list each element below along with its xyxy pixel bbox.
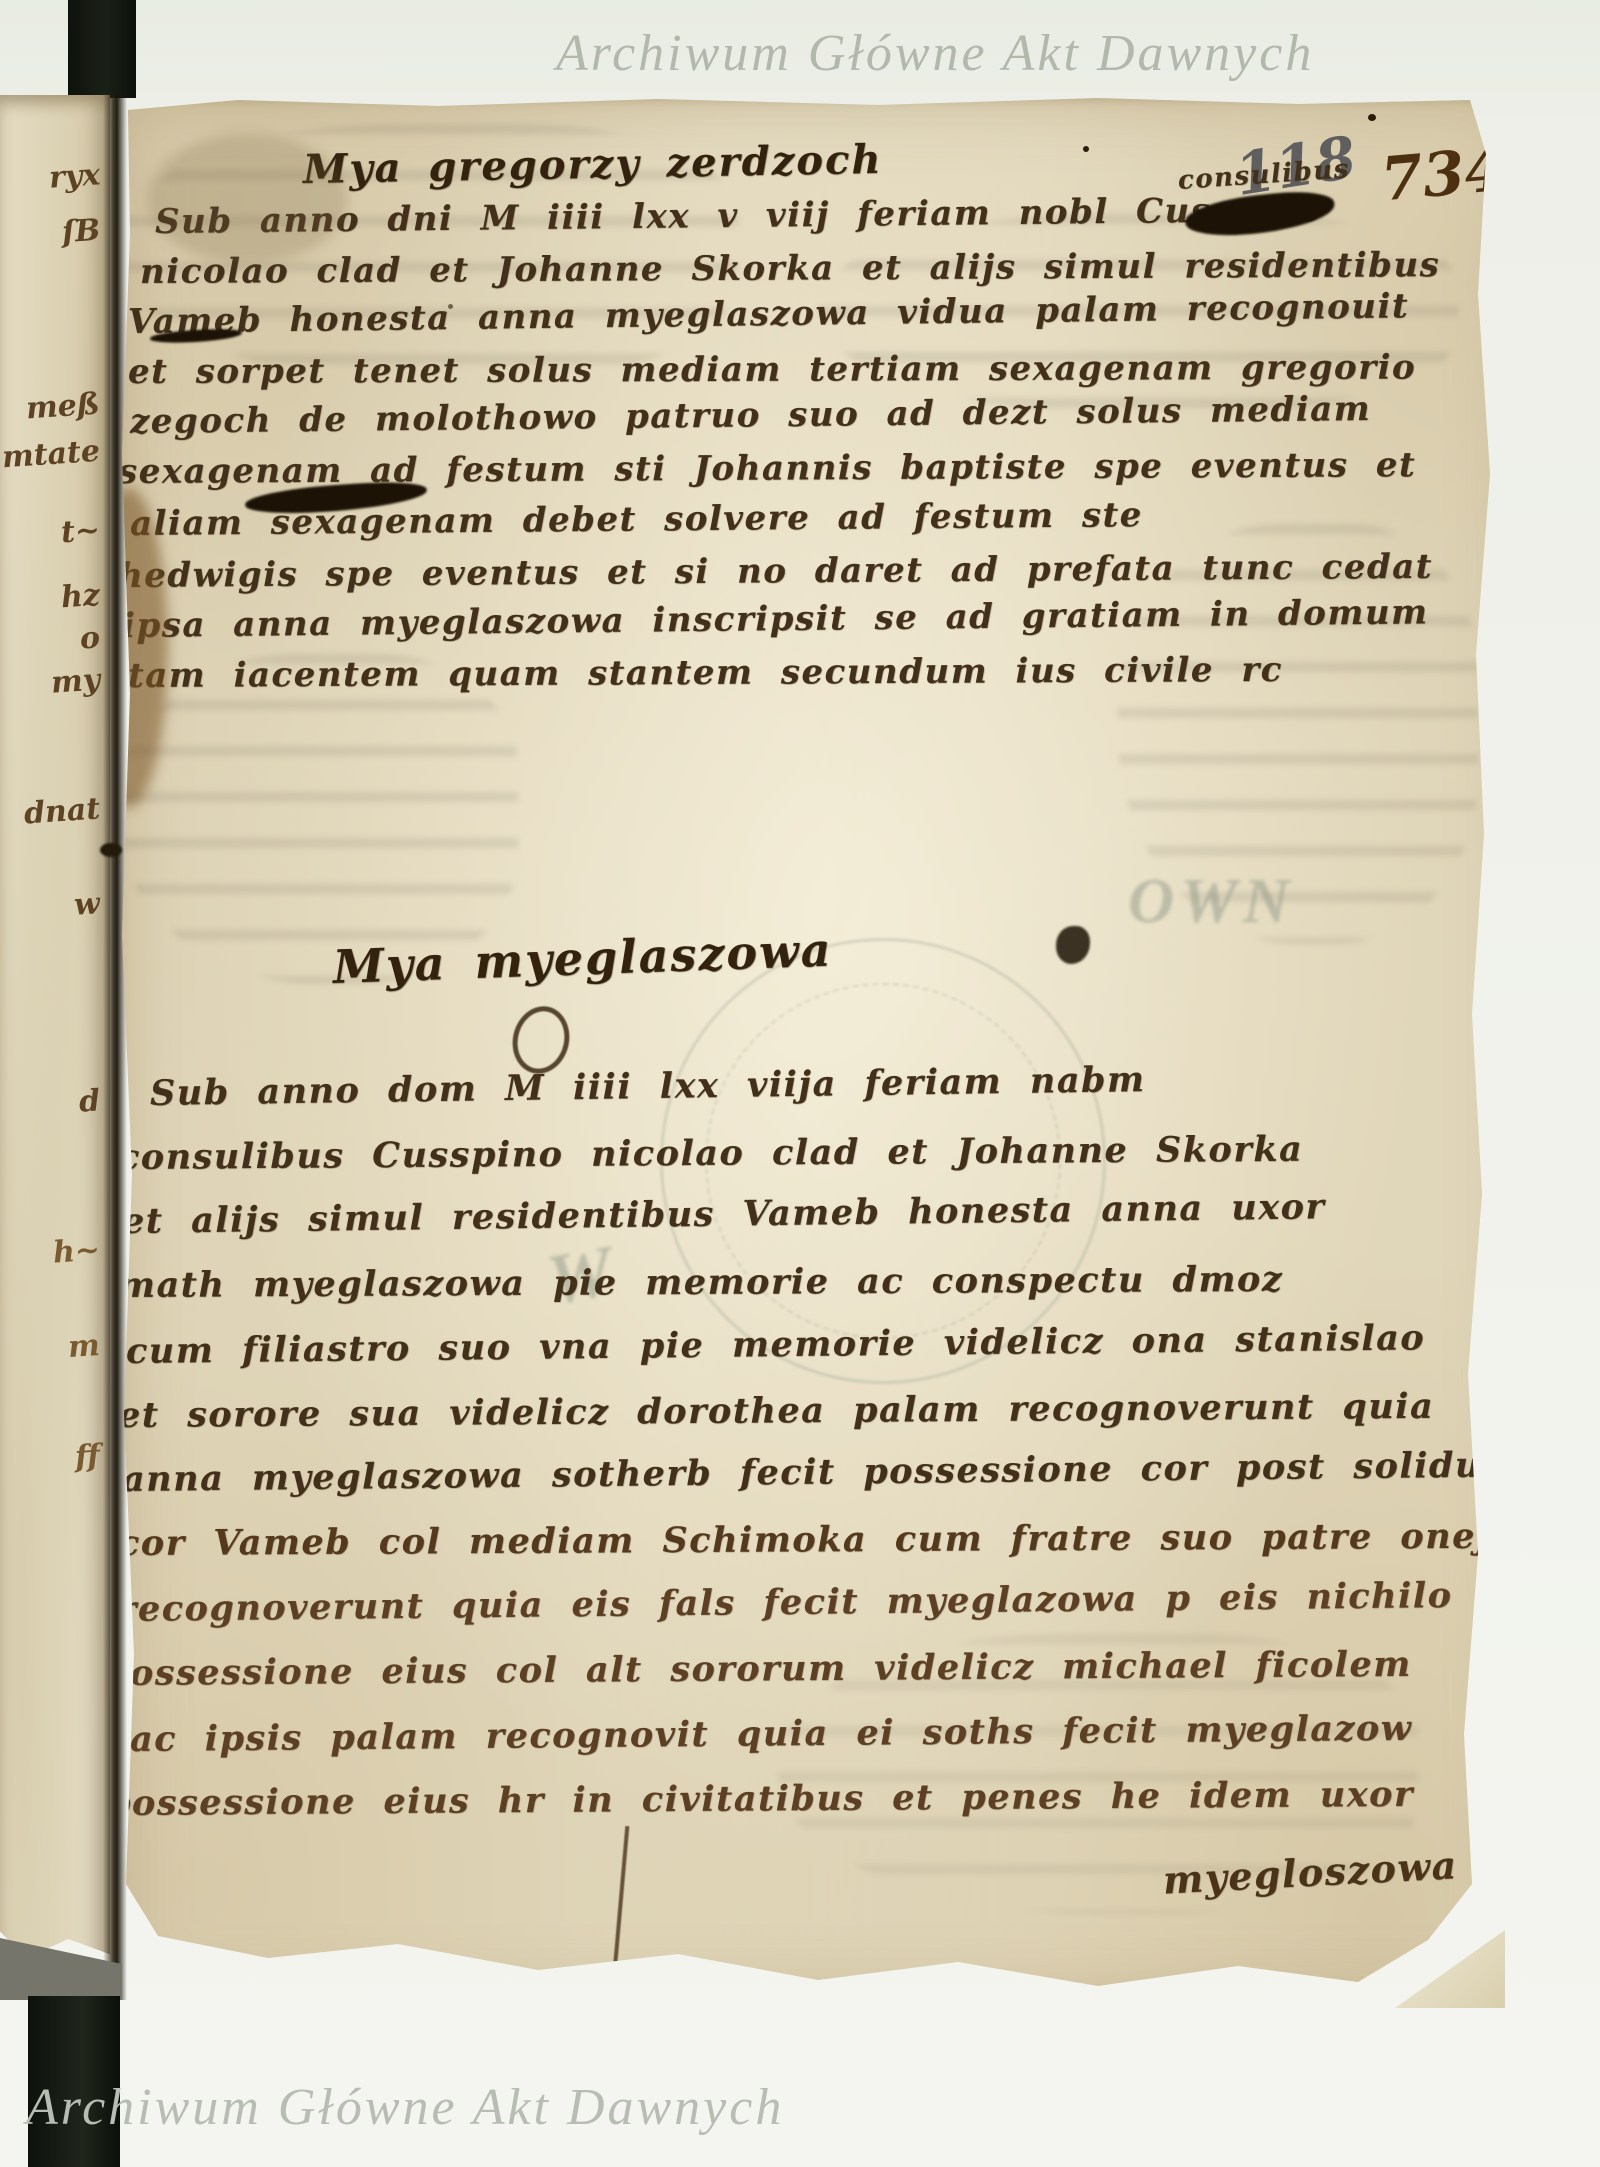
page-number-ink: 734: [1378, 135, 1509, 216]
manuscript-line: et sorore sua videlicz dorothea palam re…: [118, 1386, 1434, 1436]
manuscript-line: math myeglaszowa pie memorie ac conspect…: [118, 1259, 1283, 1306]
edge-text-fragment: d: [78, 1083, 101, 1119]
manuscript-line: cor Vameb col mediam Schimoka cum fratre…: [118, 1516, 1490, 1564]
paper-fleck: [1368, 114, 1376, 121]
edge-text-fragment: ryx: [48, 157, 101, 195]
previous-page-edge: ryx ſB meß mtate t~ hz o my dnat w d h~ …: [0, 95, 110, 2000]
edge-text-fragment: t~: [60, 513, 101, 551]
archive-watermark-bottom: Archiwum Główne Akt Dawnych: [26, 2078, 784, 2137]
manuscript-line: sexagenam ad festum sti Johannis baptist…: [118, 445, 1416, 492]
manuscript-line: cum filiastro suo vna pie memorie videli…: [126, 1317, 1426, 1372]
paper-fleck: [1083, 146, 1089, 152]
edge-text-fragment: m: [67, 1328, 101, 1365]
edge-text-fragment: my: [50, 662, 102, 700]
binding-thread-knot: [100, 843, 122, 857]
edge-text-fragment: h~: [52, 1232, 101, 1270]
ink-showthrough: [118, 654, 518, 984]
edge-text-fragment: o: [79, 620, 101, 656]
manuscript-line: anna myeglaszowa sotherb fecit possessio…: [122, 1444, 1521, 1500]
section1-heading: Mya gregorzy zerdzoch: [303, 136, 883, 193]
ink-spot: [1056, 926, 1090, 964]
manuscript-line: nicolao clad et Johanne Skorka et alijs …: [140, 245, 1440, 292]
manuscript-line: consulibus Cusspino nicolao clad et Joha…: [118, 1129, 1303, 1178]
manuscript-line: et alijs simul residentibus Vameb honest…: [122, 1186, 1326, 1242]
edge-text-fragment: meß: [25, 386, 101, 426]
manuscript-scan: Archiwum Główne Akt Dawnych ryx ſB meß m…: [0, 0, 1600, 2167]
black-ribbon-top: [68, 0, 136, 98]
edge-text-fragment: w: [73, 886, 101, 923]
binding-gap: [103, 95, 127, 2000]
paper-fleck: [448, 304, 453, 309]
edge-text-fragment: hz: [60, 578, 101, 616]
manuscript-line: zegoch de molothowo patruo suo ad dezt s…: [130, 389, 1372, 442]
edge-text-fragment: mtate: [1, 434, 101, 476]
pen-flourish: [607, 1826, 636, 2040]
manuscript-page: OWN W 118 734 Mya gregorzy zerdzoch cons…: [118, 94, 1520, 2002]
manuscript-line: recognoverunt quia eis fals fecit myegla…: [118, 1575, 1453, 1630]
edge-text-fragment: ſB: [61, 213, 102, 251]
manuscript-line: tam iacentem quam stantem secundum ius c…: [128, 650, 1283, 696]
paper-stain: [148, 134, 348, 264]
edge-text-fragment: ff: [74, 1438, 101, 1475]
archive-watermark-top: Archiwum Główne Akt Dawnych: [556, 24, 1314, 83]
stamp-letters: OWN: [1128, 864, 1295, 938]
manuscript-line: et sorpet tenet solus mediam tertiam sex…: [128, 348, 1416, 392]
edge-text-fragment: dnat: [23, 791, 101, 831]
